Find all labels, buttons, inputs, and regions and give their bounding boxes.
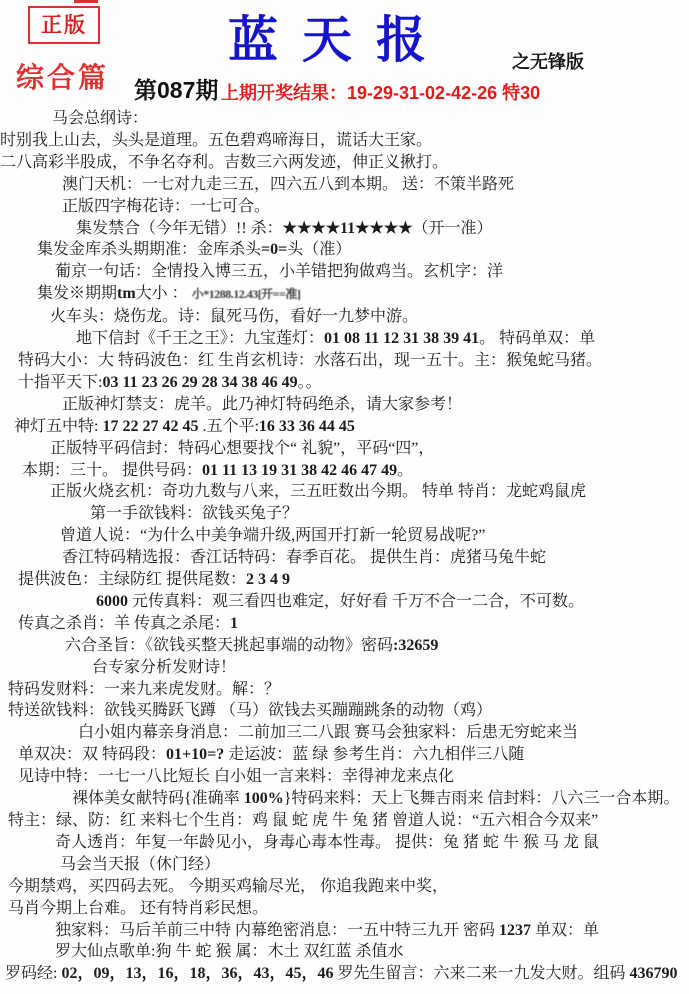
text-segment: 传真之杀肖：羊 传真之杀尾： (18, 615, 230, 632)
badge-cut-mark (74, 0, 98, 3)
text-segment: 单双：单 (531, 922, 599, 939)
text-segment: 曾道人说：“为什么中美争端升级,两国开打新一轮贸易战呢?” (60, 527, 485, 544)
text-segment: 见诗中特：一七一八比短长 白小姐一言来料：幸得神龙来点化 (18, 768, 454, 785)
text-line: 马会总纲诗： (0, 108, 687, 130)
text-line: 神灯五中特: 17 22 27 42 45 .五个平:16 33 36 44 4… (0, 416, 687, 438)
text-segment: 特送欲钱料：欲钱买腾跃飞蹲 （马）欲钱去买蹦蹦跳条的动物（鸡） (8, 702, 492, 719)
text-line: 见诗中特：一七一八比短长 白小姐一言来料：幸得神龙来点化 (0, 766, 687, 788)
text-line: 马肖今期上台难。 还有特肖彩民想。 (0, 898, 687, 920)
text-line: 奇人透肖：年复一年龄见小，身毒心毒本性毒。 提供：兔 猪 蛇 牛 猴 马 龙 鼠 (0, 832, 687, 854)
text-line: 罗码经: 02，09，13，16，18，36，43，45，46 罗先生留言：六来… (0, 963, 687, 985)
text-line: 香江特码精选报：香江话特码：春季百花。 提供生肖：虎猪马兔牛蛇 (0, 547, 687, 569)
text-segment: 1 (230, 615, 238, 632)
text-line: 独家料：马后羊前三中特 内幕绝密消息：一五中特三九开 密码 1237 单双：单 (0, 920, 687, 942)
text-segment: 罗先生留言：六来二来一九发大财。组码 (333, 965, 629, 982)
last-draw-result: 上期开奖结果：19-29-31-02-42-26 特30 (221, 79, 540, 105)
text-segment: 1237 (499, 922, 531, 939)
text-line: 十指平天下:03 11 23 26 29 28 34 38 46 49。。 (0, 372, 687, 394)
text-segment: 正版特平码信封：特码心想要找个“ 礼貌”，平码“四”， (50, 440, 434, 457)
text-line: 单双决：双 特码段：01+10=? 走运波：蓝 绿 参考生肖：六九相伴三八随 (0, 744, 687, 766)
text-segment: 01 11 13 19 31 38 42 46 47 49 (202, 462, 397, 479)
text-line: 台专家分析发财诗！ (0, 657, 687, 679)
text-segment: 独家料：马后羊前三中特 内幕绝密消息：一五中特三九开 密码 (55, 922, 499, 939)
text-segment: 地下信封《千王之王》：九宝莲灯： (76, 330, 324, 347)
text-segment: 今期禁鸡，买四码去死。 今期买鸡输尽光， 你追我跑来中奖， (8, 878, 448, 895)
text-segment: 集发金库杀头期期准：金库杀头 (37, 241, 261, 258)
text-segment: }特码来料：天上飞舞吉雨来 信封料：八六三一合本期。 (284, 790, 680, 807)
text-line: 正版特平码信封：特码心想要找个“ 礼貌”，平码“四”， (0, 438, 687, 460)
text-segment: 大小 ： (136, 285, 192, 302)
edition-subtitle: 之无锋版 (512, 48, 584, 74)
text-line: 正版火烧玄机：奇功九数与八来，三五旺数出今期。 特单 特肖：龙蛇鸡鼠虎 (0, 481, 687, 503)
text-segment: 葡京一句话：全情投入博三五，小羊错把狗做鸡当。玄机字：洋 (55, 263, 503, 280)
text-segment: 集发※期期 (37, 285, 117, 302)
text-segment: tm (117, 285, 136, 302)
text-segment: 01+10=? (166, 746, 224, 763)
text-segment: 正版火烧玄机：奇功九数与八来，三五旺数出今期。 特单 特肖：龙蛇鸡鼠虎 (50, 483, 586, 500)
text-segment: 元传真料：观三看四也难定，好好看 千万不合一二合，不可数。 (128, 593, 584, 610)
newspaper-page: 正版 蓝天报 之无锋版 综合篇 第087期 上期开奖结果：19-29-31-02… (0, 0, 689, 994)
text-segment: 6000 (96, 593, 128, 610)
text-segment: 。 (397, 462, 413, 479)
text-line: 特码大小：大 特码波色：红 生肖玄机诗：水落石出，现一五十。主：猴兔蛇马猪。 (0, 350, 687, 372)
text-segment: 17 22 27 42 45 (102, 418, 198, 435)
text-line: 裸体美女献特码{准确率 100%}特码来料：天上飞舞吉雨来 信封料：八六三一合本… (0, 788, 687, 810)
text-line: 特主：绿、防：红 来料七个生肖：鸡 鼠 蛇 虎 牛 兔 猪 曾道人说：“五六相合… (0, 810, 687, 832)
text-segment: 二八高彩半股成，不争名夺利。吉数三六两发迹，伸正义揪打。 (0, 154, 448, 171)
text-segment: 神灯五中特: (14, 418, 102, 435)
text-segment: 裸体美女献特码{准确率 (72, 790, 244, 807)
text-segment: 。 特码单双：单 (479, 330, 595, 347)
text-line: 澳门天机：一七对九走三五，四六五八到本期。 送：不策半路死 (0, 174, 687, 196)
text-segment: 走运波：蓝 绿 参考生肖：六九相伴三八随 (224, 746, 524, 763)
text-segment: 奇人透肖：年复一年龄见小，身毒心毒本性毒。 提供：兔 猪 蛇 牛 猴 马 龙 鼠 (55, 834, 599, 851)
text-line: 曾道人说：“为什么中美争端升级,两国开打新一轮贸易战呢?” (0, 525, 687, 547)
text-segment: ★★★★ (355, 220, 412, 237)
text-segment: 提供波色：主绿防红 提供尾数： (18, 571, 246, 588)
text-segment: 。。 (298, 374, 322, 391)
text-line: 本期：三十。 提供号码：01 11 13 19 31 38 42 46 47 4… (0, 460, 687, 482)
text-segment: 第一手欲钱料：欲钱买兔子？ (90, 505, 298, 522)
text-line: 白小姐内幕亲身消息：二前加三二八跟 赛马会独家料：后患无穷蛇来当 (0, 722, 687, 744)
text-segment: :32659 (393, 637, 438, 654)
text-line: 地下信封《千王之王》：九宝莲灯：01 08 11 12 31 38 39 41。… (0, 328, 687, 350)
text-segment: 罗码经: (5, 965, 61, 982)
text-segment: 特码发财料：一来九来虎发财。解：？ (8, 681, 280, 698)
text-segment: 白小姐内幕亲身消息：二前加三二八跟 赛马会独家料：后患无穷蛇来当 (78, 724, 578, 741)
text-line: 集发※期期tm大小 ： 小*1288.12.43[开==准] (0, 283, 687, 306)
text-line: 罗大仙点歌单:狗 牛 蛇 猴 属：木土 双红蓝 杀值水 (0, 941, 687, 963)
text-segment: 香江特码精选报：香江话特码：春季百花。 提供生肖：虎猪马兔牛蛇 (62, 549, 546, 566)
text-segment: 100% (244, 790, 284, 807)
edition-badge-label: 正版 (41, 13, 87, 37)
text-segment: 正版四字梅花诗：一七可合。 (62, 198, 270, 215)
text-line: 正版神灯禁支：虎羊。此乃神灯特码绝杀，请大家参考！ (0, 394, 687, 416)
text-segment: 特主：绿、防：红 来料七个生肖：鸡 鼠 蛇 虎 牛 兔 猪 曾道人说：“五六相合… (8, 812, 598, 829)
text-segment: 六合圣旨：《欲钱买整天挑起事端的动物》密码 (65, 637, 393, 654)
document-body: 马会总纲诗：时别我上山去，头头是道理。五色碧鸡啼海日，谎话大王家。二八高彩半股成… (0, 108, 687, 985)
text-segment: 11 (340, 220, 355, 237)
text-line: 马会当天报（休门经） (0, 854, 687, 876)
text-segment: 01 08 11 12 31 38 39 41 (324, 330, 479, 347)
text-line: 时别我上山去，头头是道理。五色碧鸡啼海日，谎话大王家。 (0, 130, 687, 152)
text-line: 正版四字梅花诗：一七可合。 (0, 196, 687, 218)
text-segment: 本期：三十。 提供号码： (22, 462, 202, 479)
text-segment: 火车头：烧伤龙。诗：鼠死马伤，看好一九梦中游。 (50, 308, 418, 325)
text-segment: 小*1288.12.43[开==准] (192, 287, 301, 301)
text-segment: 马肖今期上台难。 还有特肖彩民想。 (8, 900, 268, 917)
text-segment: 正版神灯禁支：虎羊。此乃神灯特码绝杀，请大家参考！ (62, 396, 462, 413)
text-line: 特送欲钱料：欲钱买腾跃飞蹲 （马）欲钱去买蹦蹦跳条的动物（鸡） (0, 700, 687, 722)
issue-number: 第087期 (134, 72, 218, 105)
text-segment: .五个平: (198, 418, 258, 435)
section-title: 综合篇 (16, 56, 109, 96)
text-segment: 436790 (629, 965, 677, 982)
page-title: 蓝天报 (228, 0, 450, 72)
text-segment: 澳门天机：一七对九走三五，四六五八到本期。 送：不策半路死 (62, 176, 514, 193)
text-line: 传真之杀肖：羊 传真之杀尾：1 (0, 613, 687, 635)
text-line: 集发金库杀头期期准：金库杀头=0=头（准） (0, 239, 687, 261)
text-segment: =0= (261, 241, 287, 258)
text-segment: 头（准） (287, 241, 351, 258)
text-line: 火车头：烧伤龙。诗：鼠死马伤，看好一九梦中游。 (0, 306, 687, 328)
text-line: 集发禁合（今年无错）!! 杀：★★★★11★★★★（开一准） (0, 218, 687, 240)
text-segment: 2 3 4 9 (246, 571, 290, 588)
text-line: 二八高彩半股成，不争名夺利。吉数三六两发迹，伸正义揪打。 (0, 152, 687, 174)
text-segment: 马会总纲诗： (52, 110, 148, 127)
text-segment: 罗大仙点歌单:狗 牛 蛇 猴 属：木土 双红蓝 杀值水 (55, 943, 403, 960)
text-segment: 02，09，13，16，18，36，43，45，46 (61, 965, 333, 982)
text-segment: ★★★★ (283, 220, 340, 237)
text-line: 特码发财料：一来九来虎发财。解：？ (0, 679, 687, 701)
text-segment: 单双决：双 特码段： (18, 746, 166, 763)
text-segment: 03 11 23 26 29 28 34 38 46 49 (102, 374, 297, 391)
text-line: 第一手欲钱料：欲钱买兔子？ (0, 503, 687, 525)
text-line: 今期禁鸡，买四码去死。 今期买鸡输尽光， 你追我跑来中奖， (0, 876, 687, 898)
text-line: 提供波色：主绿防红 提供尾数：2 3 4 9 (0, 569, 687, 591)
text-segment: 台专家分析发财诗！ (92, 659, 236, 676)
text-segment: 集发禁合（今年无错）!! 杀： (76, 220, 283, 237)
text-segment: 时别我上山去，头头是道理。五色碧鸡啼海日，谎话大王家。 (0, 132, 432, 149)
text-segment: 特码大小：大 特码波色：红 生肖玄机诗：水落石出，现一五十。主：猴兔蛇马猪。 (18, 352, 602, 369)
text-line: 葡京一句话：全情投入博三五，小羊错把狗做鸡当。玄机字：洋 (0, 261, 687, 283)
text-segment: 马会当天报（休门经） (60, 856, 220, 873)
text-line: 6000 元传真料：观三看四也难定，好好看 千万不合一二合，不可数。 (0, 591, 687, 613)
text-line: 六合圣旨：《欲钱买整天挑起事端的动物》密码:32659 (0, 635, 687, 657)
text-segment: （开一准） (413, 220, 493, 237)
text-segment: 16 33 36 44 45 (259, 418, 355, 435)
text-segment: 十指平天下: (18, 374, 102, 391)
edition-badge: 正版 (28, 6, 100, 44)
